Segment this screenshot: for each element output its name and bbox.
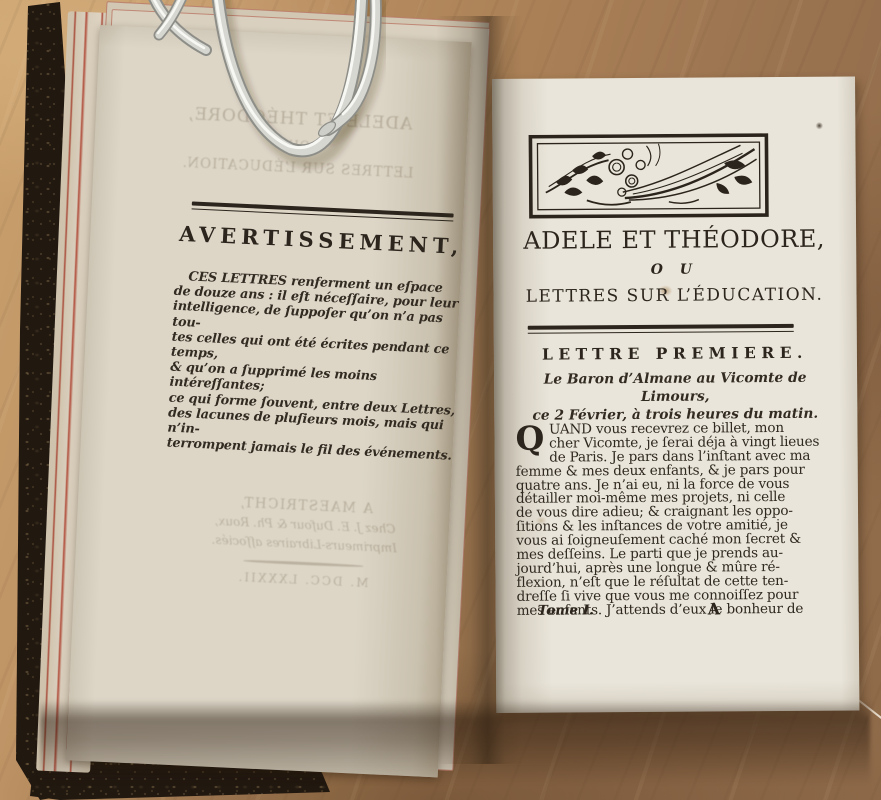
showthrough-imprint-text: A MAESTRICHT, Chez J. E. Dufour & Ph. Ro…: [156, 490, 452, 596]
avertissement-heading: AVERTISSEMENT,: [178, 221, 465, 259]
heading-rule: [192, 201, 454, 221]
chapter-heading: LETTRE PREMIERE.: [508, 343, 842, 364]
book-title: ADELE ET THÉODORE,: [507, 225, 841, 255]
floral-headpiece-ornament: [528, 133, 769, 219]
dropcap-initial: Q: [515, 424, 549, 452]
book-subtitle: LETTRES SUR L’ÉDUCATION.: [507, 285, 841, 307]
showthrough-title-text: ADELE ET THÉODORE, OU LETTRES SUR L’ÉDUC…: [151, 98, 446, 187]
photo-open-book-scene: ADELE ET THÉODORE, OU LETTRES SUR L’ÉDUC…: [0, 0, 881, 800]
title-rule: [528, 324, 794, 334]
avertissement-body-text: CES LETTRES renferment un eſpace de douz…: [166, 269, 466, 465]
volume-label: Tome I.: [538, 602, 594, 618]
signature-mark: A: [708, 599, 721, 618]
page-footer: Tome I. A: [496, 601, 830, 623]
book-title-ou: O U: [507, 261, 841, 279]
right-page-lettre-premiere: ADELE ET THÉODORE, O U LETTRES SUR L’ÉDU…: [492, 76, 859, 713]
left-page-avertissement: ADELE ET THÉODORE, OU LETTRES SUR L’ÉDUC…: [66, 25, 472, 777]
letter-body-text: QUAND vous recevrez ce billet, mon cher …: [515, 408, 821, 619]
